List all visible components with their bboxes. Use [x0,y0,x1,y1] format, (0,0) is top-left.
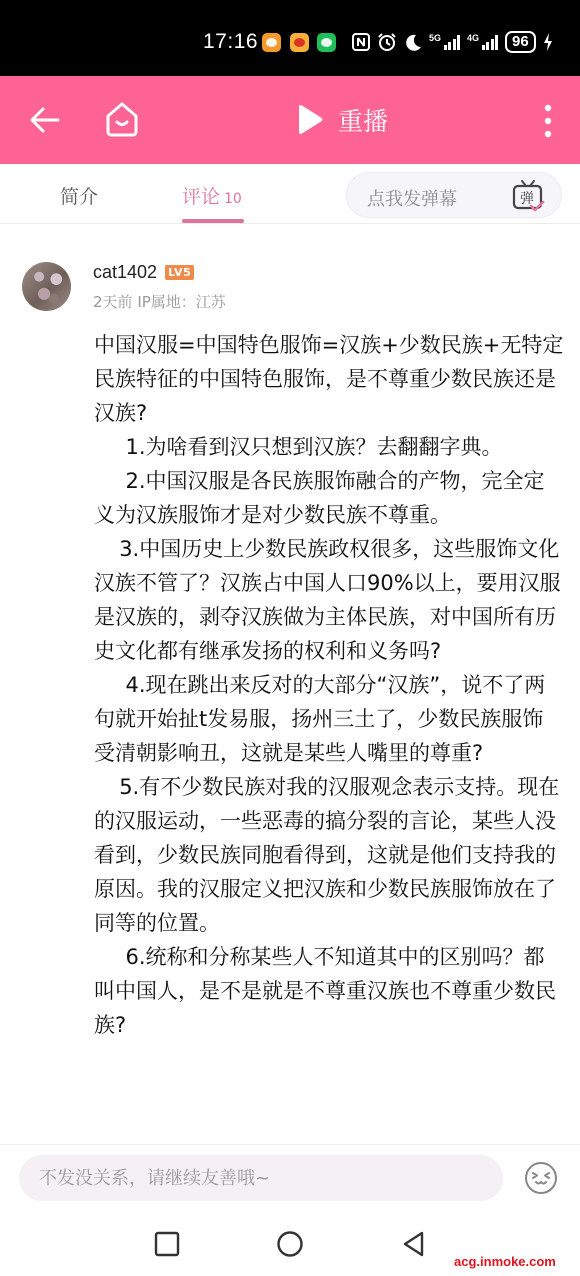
danmaku-placeholder: 点我发弹幕 [367,185,457,211]
reply-bar [0,1144,580,1212]
home-circle-icon[interactable] [276,1230,304,1258]
play-icon [296,104,324,136]
replay-button[interactable]: 重播 [296,100,388,140]
comment-paragraph: 5.有不少数民族对我的汉服观念表示支持。现在的汉服运动，一些恶毒的搞分裂的言论，… [94,770,564,940]
system-status-icons: 5G 4G 96 [352,30,553,54]
watermark: acg.inmoke.com [454,1254,556,1269]
comment-item: cat1402 LV5 2天前 IP属地：江苏 中国汉服=中国特色服饰=汉族+少… [0,244,580,1144]
system-nav-bar: acg.inmoke.com [0,1212,580,1276]
signal-4g-icon: 4G [467,34,498,50]
status-time: 17:16 [203,30,258,54]
battery-indicator: 96 [505,31,536,53]
comment-meta: 2天前 IP属地：江苏 [93,291,226,312]
replay-label: 重播 [338,102,388,138]
app-header: 重播 [0,76,580,164]
alarm-icon [377,32,397,52]
more-vertical-icon[interactable] [538,102,558,140]
tab-bar: 简介 评论10 点我发弹幕 弹 [0,164,580,224]
comment-author-row: cat1402 LV5 [93,262,194,283]
comment-count: 10 [224,191,242,207]
recent-apps-square-icon[interactable] [153,1230,181,1258]
arrow-left-icon[interactable] [28,104,62,136]
level-badge: LV5 [165,265,194,280]
danmaku-input[interactable]: 点我发弹幕 弹 [346,172,562,218]
avatar[interactable] [22,262,71,311]
weibo-icon [290,33,309,52]
comment-paragraph: 3.中国历史上少数民族政权很多，这些服饰文化汉族不管了？汉族占中国人口90%以上… [94,532,564,668]
svg-text:弹: 弹 [520,191,534,207]
danmaku-toggle-icon[interactable]: 弹 [509,177,547,215]
charging-bolt-icon [543,33,553,51]
comment-paragraph: 中国汉服=中国特色服饰=汉族+少数民族+无特定民族特征的中国特色服饰，是不尊重少… [94,328,564,430]
comment-paragraph: 6.统称和分称某些人不知道其中的区别吗？都叫中国人，是不是就是不尊重汉族也不尊重… [94,940,564,1042]
ip-location: IP属地：江苏 [137,293,225,311]
status-bar: 17:16 5G 4G 96 [0,0,580,76]
comment-paragraph: 1.为啥看到汉只想到汉族？去翻翻字典。 [94,430,564,464]
comment-time: 2天前 [93,293,133,311]
username[interactable]: cat1402 [93,262,157,283]
emoji-face-icon[interactable] [524,1161,558,1195]
wechat-icon [317,33,336,52]
nfc-icon [352,33,370,51]
signal-5g-icon: 5G [429,34,460,50]
comment-text: 中国汉服=中国特色服饰=汉族+少数民族+无特定民族特征的中国特色服饰，是不尊重少… [94,328,564,1042]
tab-intro[interactable]: 简介 [60,182,98,209]
comment-paragraph: 4.现在跳出来反对的大部分“汉族”，说不了两句就开始扯t发易服，扬州三土了，少数… [94,668,564,770]
back-triangle-icon[interactable] [400,1230,428,1258]
active-tab-indicator [182,219,244,223]
tab-comments[interactable]: 评论10 [182,182,242,209]
do-not-disturb-moon-icon [404,33,422,51]
tab-comments-label: 评论 [182,186,220,208]
notification-app-icon [262,33,281,52]
comment-paragraph: 2.中国汉服是各民族服饰融合的产物，完全定义为汉族服饰才是对少数民族不尊重。 [94,464,564,532]
reply-input[interactable] [19,1155,503,1201]
home-smile-icon[interactable] [104,100,140,138]
